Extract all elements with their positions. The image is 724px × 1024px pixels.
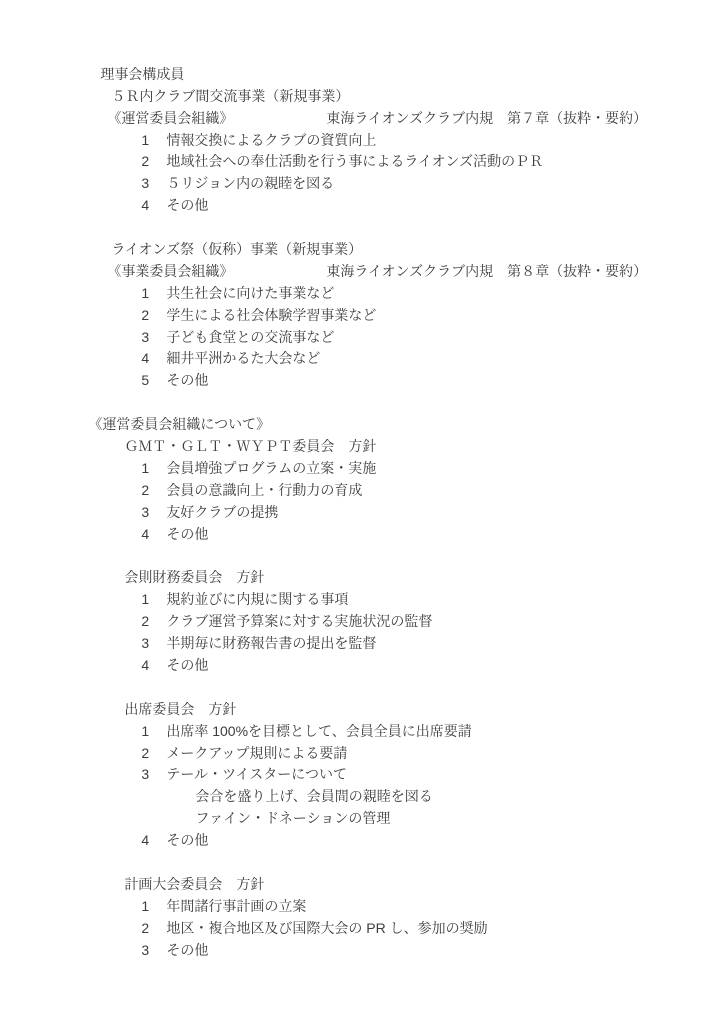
- item-number: 4: [141, 348, 166, 370]
- project-title-text: ライオンズ祭（仮称）事業（新規事業）: [111, 241, 362, 257]
- blank-line: [0, 830, 724, 852]
- item-text: 子ども食堂との交流事など: [166, 329, 334, 345]
- committee-title-text: ＧＭＴ・ＧＬＴ・ＷＹＰＴ委員会 方針: [124, 438, 376, 454]
- item-text: 出席率 100%を目標として、会員全員に出席要請: [166, 723, 471, 739]
- item-text: 学生による社会体験学習事業など: [166, 307, 376, 323]
- committee-policy-title: 計画大会委員会 方針: [0, 852, 724, 874]
- item-text: その他: [166, 942, 208, 958]
- item-number: 4: [141, 195, 166, 217]
- item-text: 年間諸行事計画の立案: [166, 898, 306, 914]
- committee-policy-title: 出席委員会 方針: [0, 677, 724, 699]
- item-number: 4: [141, 524, 166, 546]
- project-title: ライオンズ祭（仮称）事業（新規事業）: [0, 217, 724, 239]
- board-members-heading: 理事会構成員: [0, 42, 724, 64]
- item-number: 2: [141, 480, 166, 502]
- committee-structure-label: 《運営委員会組織》: [107, 108, 326, 130]
- item-number: 1: [141, 721, 166, 743]
- item-number: 2: [141, 305, 166, 327]
- item-text: 会員増強プログラムの立案・実施: [166, 460, 376, 476]
- committee-title-text: 出席委員会 方針: [124, 701, 236, 717]
- regulation-reference: 東海ライオンズクラブ内規 第８章（抜粋・要約）: [326, 263, 647, 279]
- blank-line: [0, 195, 724, 217]
- item-number: 1: [141, 130, 166, 152]
- item-text: その他: [166, 832, 208, 848]
- item-number: 5: [141, 370, 166, 392]
- operations-heading-text: 《運営委員会組織について》: [88, 416, 270, 432]
- item-text: その他: [166, 372, 208, 388]
- blank-line: [0, 524, 724, 546]
- item-subline: 会合を盛り上げ、会員間の親睦を図る: [0, 764, 724, 786]
- item-number: 3: [141, 764, 166, 786]
- item-text: ５リジョン内の親睦を図る: [166, 175, 334, 191]
- item-text: その他: [166, 197, 208, 213]
- item-text: 地区・複合地区及び国際大会の PR し、参加の奨励: [166, 920, 487, 936]
- item-number: 2: [141, 151, 166, 173]
- item-number: 3: [141, 173, 166, 195]
- item-text: テール・ツイスターについて: [166, 766, 347, 782]
- item-text: メークアップ規則による要請: [166, 745, 347, 761]
- item-number: 3: [141, 502, 166, 524]
- item-number: 1: [141, 589, 166, 611]
- document-content: 理事会構成員 ５Ｒ内クラブ間交流事業（新規事業） 《運営委員会組織》東海ライオン…: [0, 0, 724, 940]
- item-number: 3: [141, 940, 166, 962]
- item-number: 4: [141, 655, 166, 677]
- item-number: 3: [141, 327, 166, 349]
- subline-text: ファイン・ドネーションの管理: [195, 810, 390, 826]
- item-text: 友好クラブの提携: [166, 504, 278, 520]
- blank-line: [0, 655, 724, 677]
- blank-line: [0, 370, 724, 392]
- item-text: その他: [166, 526, 208, 542]
- item-number: 2: [141, 918, 166, 940]
- list-item: 3テール・ツイスターについて: [0, 743, 724, 765]
- item-text: 情報交換によるクラブの資質向上: [166, 132, 376, 148]
- item-text: 規約並びに内規に関する事項: [166, 591, 348, 607]
- committee-structure-label: 《事業委員会組織》: [107, 261, 326, 283]
- project-title-text: ５Ｒ内クラブ間交流事業（新規事業）: [111, 88, 349, 104]
- item-number: 2: [141, 611, 166, 633]
- item-number: 1: [141, 283, 166, 305]
- regulation-reference: 東海ライオンズクラブ内規 第７章（抜粋・要約）: [326, 110, 647, 126]
- committee-policy-title: 会則財務委員会 方針: [0, 545, 724, 567]
- subline-text: 会合を盛り上げ、会員間の親睦を図る: [195, 788, 432, 804]
- committee-title-text: 計画大会委員会 方針: [124, 876, 264, 892]
- item-text: 半期毎に財務報告書の提出を監督: [166, 635, 376, 651]
- item-text: その他: [166, 657, 208, 673]
- item-text: 細井平洲かるた大会など: [166, 350, 320, 366]
- committee-title-text: 会則財務委員会 方針: [124, 569, 264, 585]
- item-number: 4: [141, 830, 166, 852]
- item-text: 会員の意識向上・行動力の育成: [166, 482, 362, 498]
- document-page: 理事会構成員 ５Ｒ内クラブ間交流事業（新規事業） 《運営委員会組織》東海ライオン…: [0, 0, 724, 1024]
- item-text: 地域社会への奉仕活動を行う事によるライオンズ活動のＰＲ: [166, 153, 543, 169]
- list-item: 4細井平洲かるた大会など: [0, 327, 724, 349]
- item-text: クラブ運営予算案に対する実施状況の監督: [166, 613, 432, 629]
- item-number: 1: [141, 458, 166, 480]
- list-item: 4その他: [0, 502, 724, 524]
- item-text: 共生社会に向けた事業など: [166, 285, 334, 301]
- operations-committees-heading: 《運営委員会組織について》: [0, 392, 724, 414]
- item-number: 2: [141, 743, 166, 765]
- item-number: 1: [141, 896, 166, 918]
- list-item: 5その他: [0, 348, 724, 370]
- heading-text: 理事会構成員: [100, 66, 184, 82]
- list-item: 2学生による社会体験学習事業など: [0, 283, 724, 305]
- list-item: 4その他: [0, 173, 724, 195]
- item-number: 3: [141, 633, 166, 655]
